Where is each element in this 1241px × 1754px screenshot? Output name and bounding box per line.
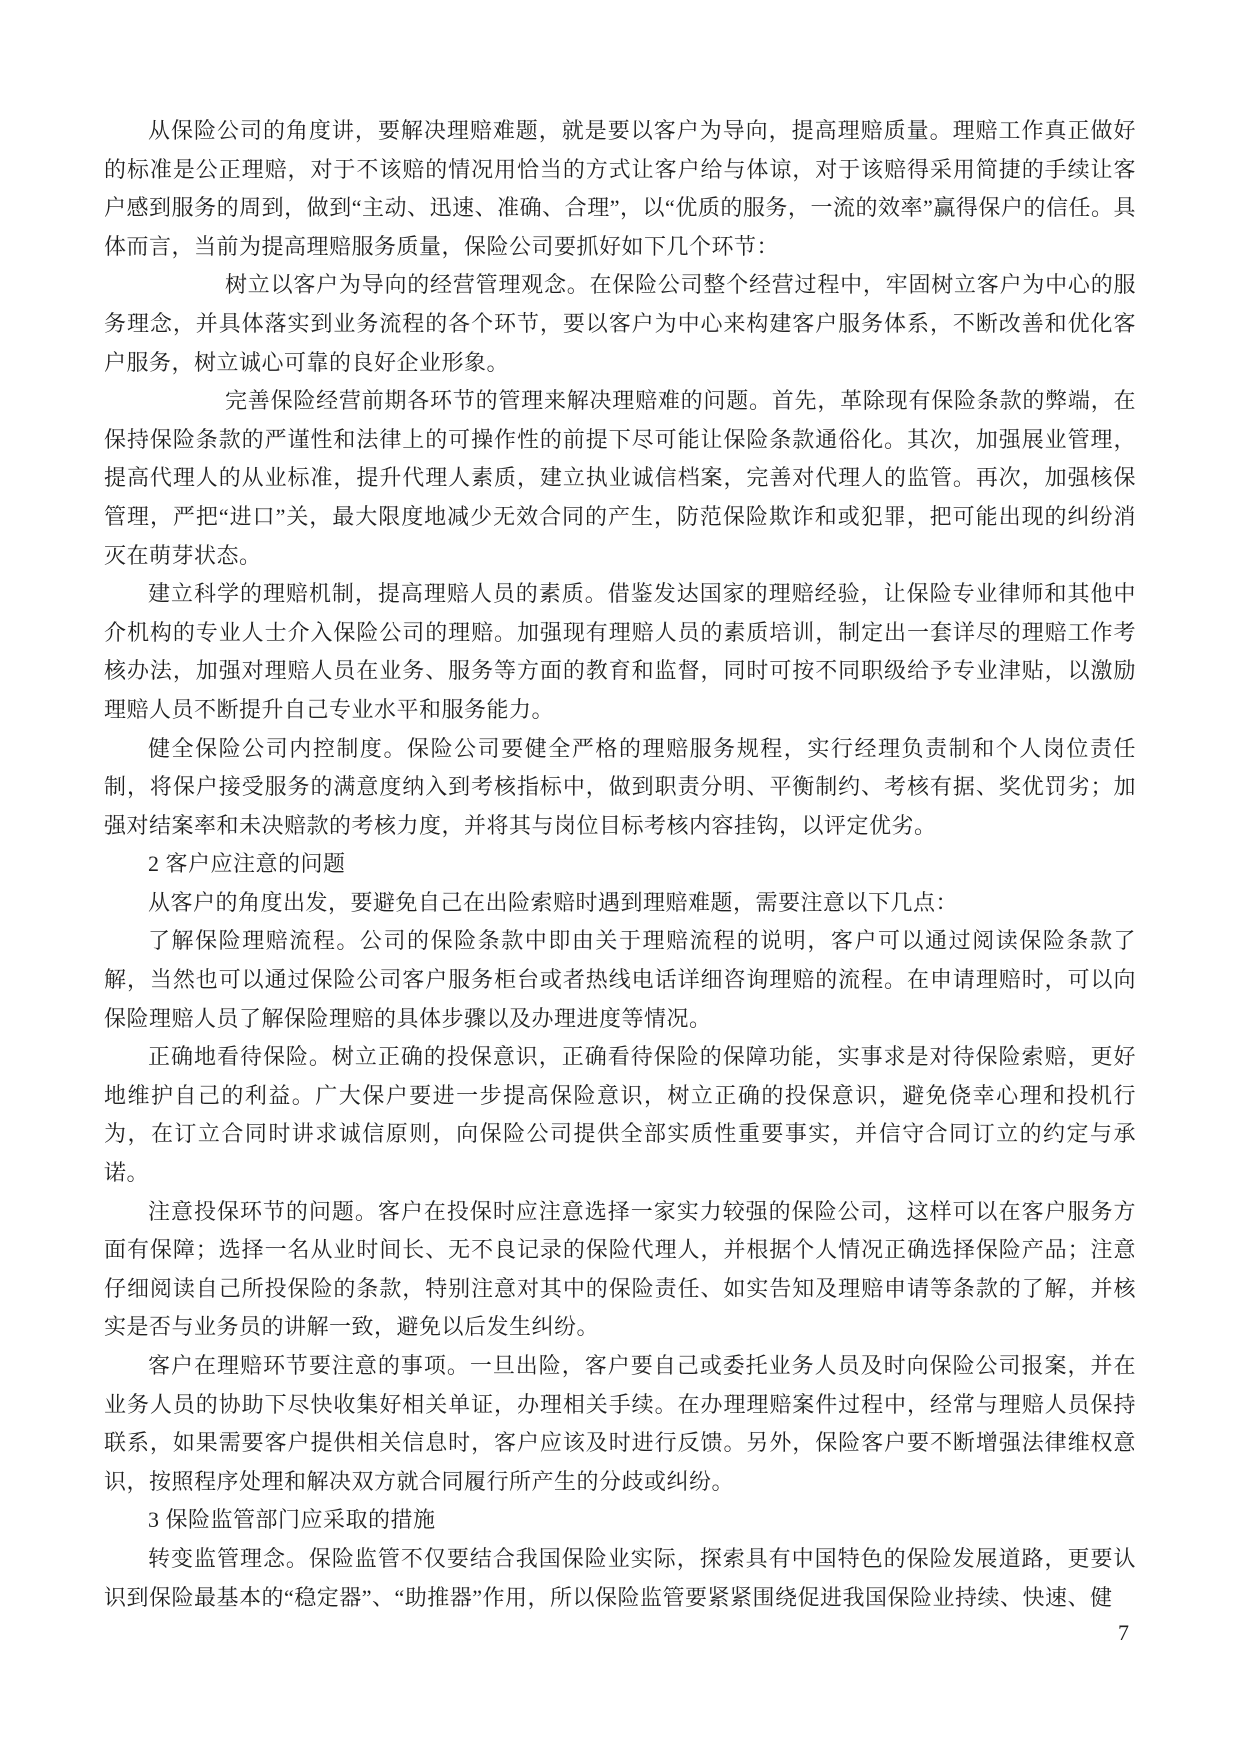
paragraph-customer-oriented: 树立以客户为导向的经营管理观念。在保险公司整个经营过程中，牢固树立客户为中心的服… (104, 266, 1136, 382)
section-heading-2: 2 客户应注意的问题 (104, 845, 1136, 884)
document-body: 从保险公司的角度讲，要解决理赔难题，就是要以客户为导向，提高理赔质量。理赔工作真… (104, 112, 1136, 1617)
paragraph-know-claims-process: 了解保险理赔流程。公司的保险条款中即由关于理赔流程的说明，客户可以通过阅读保险条… (104, 922, 1136, 1038)
paragraph-customer-intro: 从客户的角度出发，要避免自己在出险索赔时遇到理赔难题，需要注意以下几点： (104, 884, 1136, 923)
paragraph-application-issues: 注意投保环节的问题。客户在投保时应注意选择一家实力较强的保险公司，这样可以在客户… (104, 1193, 1136, 1347)
paragraph-claims-stage-notes: 客户在理赔环节要注意的事项。一旦出险，客户要自己或委托业务人员及时向保险公司报案… (104, 1347, 1136, 1501)
section-heading-3: 3 保险监管部门应采取的措施 (104, 1501, 1136, 1540)
paragraph-regulator-concept: 转变监管理念。保险监管不仅要结合我国保险业实际，探索具有中国特色的保险发展道路，… (104, 1540, 1136, 1617)
paragraph-claims-mechanism: 建立科学的理赔机制，提高理赔人员的素质。借鉴发达国家的理赔经验，让保险专业律师和… (104, 575, 1136, 729)
paragraph-correct-view: 正确地看待保险。树立正确的投保意识，正确看待保险的保障功能，实事求是对待保险索赔… (104, 1038, 1136, 1192)
paragraph-intro: 从保险公司的角度讲，要解决理赔难题，就是要以客户为导向，提高理赔质量。理赔工作真… (104, 112, 1136, 266)
document-page: 从保险公司的角度讲，要解决理赔难题，就是要以客户为导向，提高理赔质量。理赔工作真… (0, 0, 1241, 1754)
paragraph-improve-management: 完善保险经营前期各环节的管理来解决理赔难的问题。首先，革除现有保险条款的弊端，在… (104, 382, 1136, 575)
page-number: 7 (1118, 1618, 1129, 1648)
paragraph-internal-control: 健全保险公司内控制度。保险公司要健全严格的理赔服务规程，实行经理负责制和个人岗位… (104, 730, 1136, 846)
